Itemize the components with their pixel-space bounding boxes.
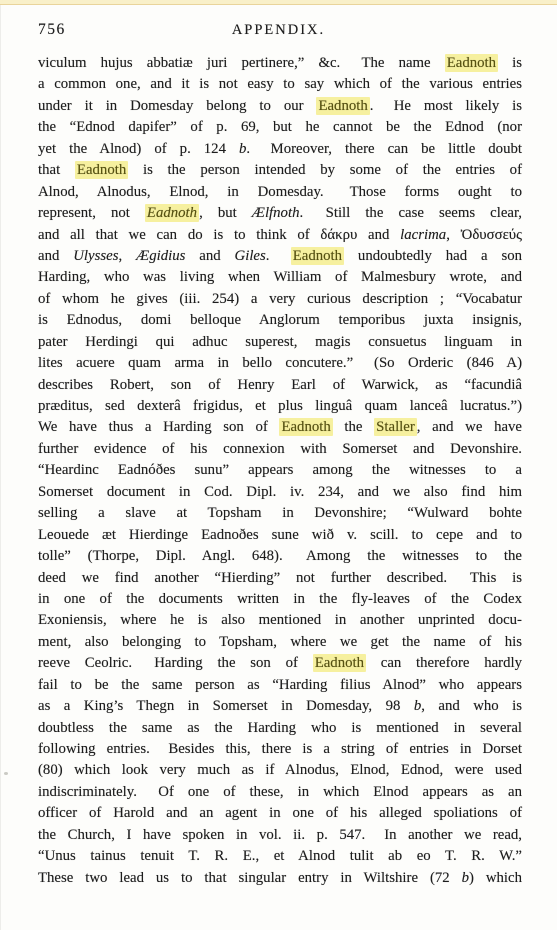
text-segment: in one of the documents written in the f… (38, 591, 522, 607)
text-segment: Exoniensis, where he is also mentioned i… (38, 612, 522, 628)
search-highlight: Eadnoth (279, 418, 332, 436)
text-line: ment, also belonging to Topsham, where w… (38, 632, 522, 653)
text-segment: and (185, 248, 234, 264)
text-line: Alnod, Alnodus, Elnod, in Domesday. Thos… (38, 182, 522, 203)
text-segment: of whom he gives (iii. 254) a very curio… (38, 291, 522, 307)
text-segment: , but (199, 205, 252, 221)
text-segment: “Heardinc Eadnóðes sunu” appears among t… (38, 462, 522, 478)
scan-top-band (0, 0, 557, 5)
text-segment: describes Robert, son of Henry Earl of W… (38, 377, 522, 393)
text-segment: following entries. Besides this, there i… (38, 741, 522, 757)
text-line: indiscriminately. Of one of these, in wh… (38, 782, 522, 803)
text-line: fail to be the same person as “Harding f… (38, 675, 522, 696)
search-highlight: Eadnoth (313, 654, 366, 672)
text-segment: officer of Harold and an agent in one of… (38, 805, 522, 821)
text-line: deed we find another “Hierding” not furt… (38, 568, 522, 589)
text-line: reeve Ceolric. Harding the son of Eadnot… (38, 653, 522, 674)
text-line: following entries. Besides this, there i… (38, 739, 522, 760)
text-segment: and (38, 248, 73, 264)
text-line: doubtless the same as the Harding who is… (38, 718, 522, 739)
text-segment: the Church, I have spoken in vol. ii. p.… (38, 827, 522, 843)
text-segment: . Moreover, there can be little doubt (246, 141, 522, 157)
text-line: describes Robert, son of Henry Earl of W… (38, 375, 522, 396)
text-line: selling a slave at Topsham in Devonshire… (38, 503, 522, 524)
text-segment: præditus, sed dexterâ frigidus, et plus … (38, 398, 522, 414)
text-segment: pater Herdingi qui adhuc superest, magis… (38, 334, 522, 350)
text-segment: indiscriminately. Of one of these, in wh… (38, 784, 522, 800)
body-text: viculum hujus abbatiæ juri pertinere,” &… (38, 53, 522, 889)
text-segment: is (498, 55, 522, 71)
text-segment: . (266, 248, 291, 264)
text-line: tolle” (Thorpe, Dipl. Angl. 648). Among … (38, 546, 522, 567)
text-segment: selling a slave at Topsham in Devonshire… (38, 505, 522, 521)
text-segment: the “Ednod dapifer” of p. 69, but he can… (38, 119, 522, 135)
text-line: præditus, sed dexterâ frigidus, et plus … (38, 396, 522, 417)
text-segment: Ælfnoth (252, 205, 300, 221)
text-line: in one of the documents written in the f… (38, 589, 522, 610)
text-line: the “Ednod dapifer” of p. 69, but he can… (38, 117, 522, 138)
scan-left-edge (0, 5, 1, 930)
text-line: the Church, I have spoken in vol. ii. p.… (38, 825, 522, 846)
text-segment: reeve Ceolric. Harding the son of (38, 655, 313, 671)
running-title: APPENDIX. (0, 22, 557, 39)
search-highlight: Eadnoth (291, 247, 344, 265)
text-segment: represent, not (38, 205, 145, 221)
text-line: (80) which look very much as if Alnodus,… (38, 760, 522, 781)
text-segment: Ægidius (136, 248, 185, 264)
text-segment: . He most likely is (370, 98, 522, 114)
text-line: officer of Harold and an agent in one of… (38, 803, 522, 824)
text-segment: lacrima (400, 227, 446, 243)
search-highlight: Eadnoth (445, 54, 498, 72)
text-line: These two lead us to that singular entry… (38, 868, 522, 889)
text-line: “Heardinc Eadnóðes sunu” appears among t… (38, 460, 522, 481)
text-segment: Giles (235, 248, 266, 264)
text-line: represent, not Eadnoth, but Ælfnoth. Sti… (38, 203, 522, 224)
text-line: pater Herdingi qui adhuc superest, magis… (38, 332, 522, 353)
text-segment: yet the Alnod) of p. 124 (38, 141, 239, 157)
text-line: under it in Domesday belong to our Eadno… (38, 96, 522, 117)
text-segment: ment, also belonging to Topsham, where w… (38, 634, 522, 650)
text-segment: Ulysses (73, 248, 118, 264)
text-segment: ) which (469, 870, 522, 886)
text-segment: fail to be the same person as “Harding f… (38, 677, 522, 693)
text-segment: lites acuere quam arma in bello concuter… (38, 355, 522, 371)
text-segment: “Unus tainus tenuit T. R. E., et Alnod t… (38, 848, 522, 864)
text-segment: doubtless the same as the Harding who is… (38, 720, 522, 736)
text-segment: , and who is (421, 698, 522, 714)
text-line: further evidence of his connexion with S… (38, 439, 522, 460)
text-segment: that (38, 162, 75, 178)
text-segment: is the person intended by some of the en… (128, 162, 522, 178)
text-line: and Ulysses, Ægidius and Giles. Eadnoth … (38, 246, 522, 267)
text-segment: deed we find another “Hierding” not furt… (38, 570, 522, 586)
text-line: of whom he gives (iii. 254) a very curio… (38, 289, 522, 310)
text-segment: Harding, who was living when William of … (38, 269, 522, 285)
text-line: a common one, and it is not easy to say … (38, 74, 522, 95)
text-segment: b (462, 870, 469, 886)
text-line: Harding, who was living when William of … (38, 267, 522, 288)
text-segment: under it in Domesday belong to our (38, 98, 316, 114)
text-line: is Ednodus, domi belloque Anglorum tempo… (38, 310, 522, 331)
text-segment: undoubtedly had a son (344, 248, 522, 264)
text-segment: Alnod, Alnodus, Elnod, in Domesday. Thos… (38, 184, 522, 200)
text-line: and all that we can do is to think of δά… (38, 225, 522, 246)
text-segment: , (118, 248, 136, 264)
text-segment: viculum hujus abbatiæ juri pertinere,” &… (38, 55, 445, 71)
search-highlight: Eadnoth (316, 97, 369, 115)
margin-speck (4, 772, 8, 775)
text-line: viculum hujus abbatiæ juri pertinere,” &… (38, 53, 522, 74)
text-segment: and all that we can do is to think of δά… (38, 227, 400, 243)
text-segment: These two lead us to that singular entry… (38, 870, 462, 886)
text-line: Somerset document in Cod. Dipl. iv. 234,… (38, 482, 522, 503)
text-line: as a King’s Thegn in Somerset in Domesda… (38, 696, 522, 717)
text-line: “Unus tainus tenuit T. R. E., et Alnod t… (38, 846, 522, 867)
text-line: Exoniensis, where he is also mentioned i… (38, 610, 522, 631)
text-segment: can therefore hardly (366, 655, 522, 671)
text-line: lites acuere quam arma in bello concuter… (38, 353, 522, 374)
text-segment: , and we have (417, 419, 522, 435)
text-line: that Eadnoth is the person intended by s… (38, 160, 522, 181)
text-segment: . Still the case seems clear, (299, 205, 522, 221)
text-segment: the (333, 419, 374, 435)
search-highlight: Eadnoth (75, 161, 128, 179)
text-segment: is Ednodus, domi belloque Anglorum tempo… (38, 312, 522, 328)
text-line: We have thus a Harding son of Eadnoth th… (38, 417, 522, 438)
text-segment: a common one, and it is not easy to say … (38, 76, 522, 92)
text-segment: further evidence of his connexion with S… (38, 441, 522, 457)
text-segment: We have thus a Harding son of (38, 419, 279, 435)
text-segment: as a King’s Thegn in Somerset in Domesda… (38, 698, 414, 714)
text-segment: Somerset document in Cod. Dipl. iv. 234,… (38, 484, 522, 500)
text-line: yet the Alnod) of p. 124 b. Moreover, th… (38, 139, 522, 160)
text-line: Leouede æt Hierdinge Eadnoðes sune wið v… (38, 525, 522, 546)
text-segment: , Ὀδυσσεύς (446, 227, 522, 243)
search-highlight: Eadnoth (145, 204, 199, 222)
text-segment: Leouede æt Hierdinge Eadnoðes sune wið v… (38, 527, 522, 543)
text-segment: tolle” (Thorpe, Dipl. Angl. 648). Among … (38, 548, 522, 564)
text-segment: (80) which look very much as if Alnodus,… (38, 762, 522, 778)
search-highlight: Staller (374, 418, 417, 436)
